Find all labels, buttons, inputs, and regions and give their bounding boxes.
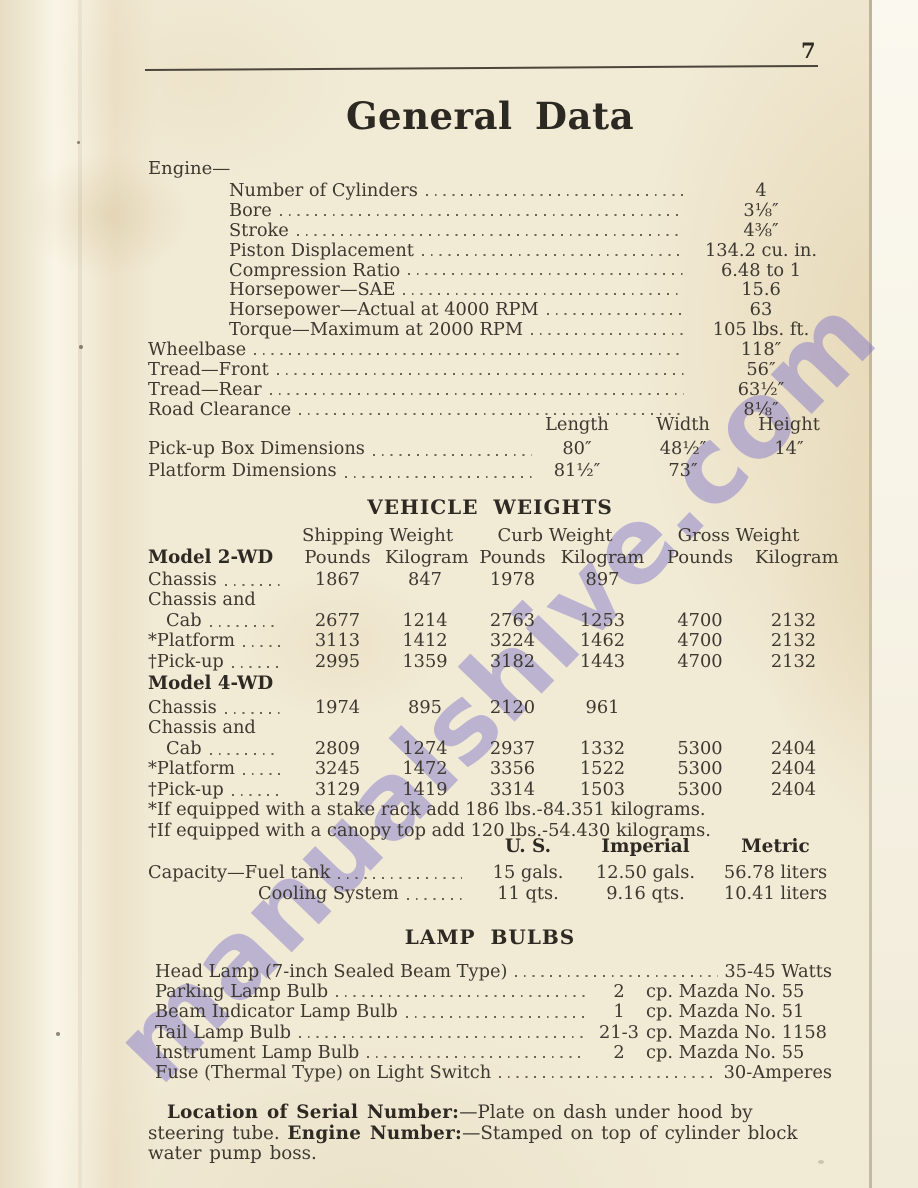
spec-value: 15.6 (690, 279, 832, 300)
weight-value: 3129 (290, 779, 385, 800)
model-4wd-label: Model 4-WD (148, 671, 832, 697)
lamp-label: Parking Lamp Bulb (155, 981, 328, 1002)
capacity-imperial-value: 9.16 qts. (588, 883, 703, 904)
weight-value: 1443 (560, 651, 645, 672)
dotted-leader (254, 353, 684, 355)
lamp-spec: cp. Mazda No. 51 (646, 1001, 832, 1022)
dims-length: 81½″ (538, 460, 616, 482)
weight-value: 1503 (560, 779, 645, 800)
capacity-header-metric: Metric (703, 836, 832, 862)
weights-row: Chassis 1974 895 2120 961 (148, 697, 832, 717)
spec-value: 105 lbs. ft. (690, 319, 832, 340)
weight-value: 3245 (290, 758, 385, 779)
dotted-leader (406, 1016, 586, 1018)
spec-row: Torque—Maximum at 2000 RPM 105 lbs. ft. (148, 319, 832, 339)
spec-value: 134.2 cu. in. (690, 240, 832, 261)
capacity-imperial-value: 12.50 gals. (588, 862, 703, 883)
weights-row: *Platform 3245 1472 3356 1522 5300 2404 (148, 758, 832, 778)
lamp-candlepower: 2 (592, 1042, 646, 1063)
dims-row: Pick-up Box Dimensions 80″ 48½″ 14″ (148, 438, 832, 460)
weight-value: 1412 (385, 630, 465, 651)
group-shipping-weight: Shipping Weight (290, 525, 465, 547)
vehicle-weights-section: VEHICLE WEIGHTS Shipping Weight Curb Wei… (148, 495, 832, 841)
dims-label: Platform Dimensions (148, 460, 337, 481)
dotted-leader (408, 273, 684, 275)
spec-row: Bore 3⅛″ (148, 200, 832, 220)
weight-value: 2995 (290, 651, 385, 672)
weights-row-label: Chassis (148, 697, 217, 718)
weights-row: Chassis and (148, 589, 832, 609)
weight-value: 1419 (385, 779, 465, 800)
chassis-dimensions-section: Wheelbase 118″ Tread—Front 56″ Tread—Rea… (148, 339, 832, 419)
spec-label: Bore (229, 200, 272, 221)
spec-value: 63½″ (690, 379, 832, 400)
weight-value: 1253 (560, 610, 645, 631)
lamp-bulbs-heading: LAMP BULBS (148, 925, 832, 961)
dims-width: 48½″ (616, 438, 726, 460)
weight-value: 2404 (755, 738, 832, 759)
spec-row: Stroke 4⅜″ (148, 220, 832, 240)
spec-value: 6.48 to 1 (690, 260, 832, 281)
weight-value: 3314 (465, 779, 560, 800)
engine-number-label: Engine Number: (288, 1123, 463, 1144)
dims-length: 80″ (538, 438, 616, 460)
lamp-spec: cp. Mazda No. 55 (646, 981, 832, 1002)
engine-heading: Engine— (148, 158, 832, 180)
dotted-leader (232, 794, 280, 796)
group-curb-weight: Curb Weight (465, 525, 645, 547)
lamp-row: Tail Lamp Bulb 21-3 cp. Mazda No. 1158 (148, 1022, 832, 1042)
weights-row-label: †Pick-up (148, 779, 224, 800)
lamp-spec: 30-Amperes (724, 1062, 832, 1083)
spec-row: Horsepower—SAE 15.6 (148, 279, 832, 299)
serial-number-paragraph: Location of Serial Number:—Plate on dash… (148, 1103, 806, 1165)
dotted-leader (426, 194, 684, 196)
dotted-leader (336, 995, 586, 997)
unit-pounds: Pounds (290, 547, 385, 569)
weights-unit-header-row: Model 2-WD Pounds Kilogram Pounds Kilogr… (148, 547, 832, 569)
weight-value: 961 (560, 697, 645, 718)
page-number: 7 (801, 38, 816, 63)
weight-value: 5300 (645, 758, 755, 779)
lamp-candlepower: 1 (592, 1001, 646, 1022)
weight-value: 2404 (755, 779, 832, 800)
dotted-leader (210, 753, 280, 755)
weights-row-label: Chassis and (148, 589, 256, 609)
lamp-candlepower: 21-3 (592, 1022, 646, 1043)
weight-value: 2132 (755, 610, 832, 631)
capacity-header-imperial: Imperial (588, 836, 703, 862)
dims-header-width: Width (616, 414, 726, 438)
vehicle-weights-heading: VEHICLE WEIGHTS (148, 495, 832, 525)
weights-row-label: Chassis (148, 569, 217, 590)
dotted-leader (345, 476, 532, 478)
weight-value: 1214 (385, 610, 465, 631)
dotted-leader (277, 373, 684, 375)
dims-row: Platform Dimensions 81½″ 73″ (148, 460, 832, 482)
weight-value: 2937 (465, 738, 560, 759)
spec-label: Wheelbase (148, 339, 246, 360)
weight-value: 2120 (465, 697, 560, 718)
weight-value: 1359 (385, 651, 465, 672)
dims-height: 14″ (726, 438, 832, 460)
weight-value (755, 569, 832, 590)
weight-value: 2809 (290, 738, 385, 759)
capacity-us-value: 11 qts. (468, 883, 588, 904)
dims-header-height: Height (726, 414, 832, 438)
dotted-leader (403, 293, 684, 295)
capacity-row: Capacity—Fuel tank 15 gals. 12.50 gals. … (148, 862, 832, 883)
model-2wd-label: Model 2-WD (148, 547, 290, 569)
dotted-leader (270, 393, 684, 395)
box-dimensions-table: Length Width Height Pick-up Box Dimensio… (148, 414, 832, 482)
lamp-row: Instrument Lamp Bulb 2 cp. Mazda No. 55 (148, 1042, 832, 1062)
weights-row: Cab 2809 1274 2937 1332 5300 2404 (148, 738, 832, 758)
lamp-row: Parking Lamp Bulb 2 cp. Mazda No. 55 (148, 981, 832, 1001)
weight-value: 3356 (465, 758, 560, 779)
dotted-leader (547, 313, 684, 315)
manual-page: manualshive.com 7 General Data Engine— N… (0, 0, 918, 1188)
weight-value: 1462 (560, 630, 645, 651)
weight-value: 2132 (755, 651, 832, 672)
dims-header-row: Length Width Height (148, 414, 832, 438)
lamp-row: Beam Indicator Lamp Bulb 1 cp. Mazda No.… (148, 1001, 832, 1021)
lamp-spec: 35-45 Watts (724, 961, 832, 982)
weight-value: 1274 (385, 738, 465, 759)
dotted-leader (299, 1036, 586, 1038)
weight-value: 1974 (290, 697, 385, 718)
unit-pounds: Pounds (645, 547, 755, 569)
capacity-metric-value: 10.41 liters (703, 883, 832, 904)
capacity-header-us: U. S. (468, 836, 588, 862)
dotted-leader (531, 333, 684, 335)
dims-label: Pick-up Box Dimensions (148, 438, 365, 459)
lamp-row: Fuse (Thermal Type) on Light Switch 30-A… (148, 1062, 832, 1082)
lamp-label: Head Lamp (7-inch Sealed Beam Type) (155, 961, 507, 982)
dotted-leader (243, 645, 280, 647)
weight-value: 5300 (645, 779, 755, 800)
lamp-row: Head Lamp (7-inch Sealed Beam Type) 35-4… (148, 961, 832, 981)
weight-value: 5300 (645, 738, 755, 759)
spec-label: Horsepower—Actual at 4000 RPM (229, 299, 539, 320)
weight-value: 4700 (645, 610, 755, 631)
weights-group-header-row: Shipping Weight Curb Weight Gross Weight (148, 525, 832, 547)
weights-row: Cab 2677 1214 2763 1253 4700 2132 (148, 610, 832, 630)
lamp-label: Fuse (Thermal Type) on Light Switch (155, 1062, 491, 1083)
dotted-leader (232, 666, 280, 668)
page-title: General Data (148, 94, 832, 138)
lamp-label: Tail Lamp Bulb (155, 1022, 291, 1043)
dotted-leader (297, 234, 684, 236)
dotted-leader (373, 454, 532, 456)
spec-value: 4⅜″ (690, 220, 832, 241)
weights-row: Chassis and (148, 717, 832, 737)
dotted-leader (210, 625, 280, 627)
spec-row: Compression Ratio 6.48 to 1 (148, 260, 832, 280)
weight-value: 2763 (465, 610, 560, 631)
weights-row-label: *Platform (148, 630, 235, 651)
weight-value: 2132 (755, 630, 832, 651)
engine-section: Engine— Number of Cylinders 4 Bore 3⅛″ S… (148, 158, 832, 339)
unit-kilogram: Kilogram (385, 547, 465, 569)
weights-footnote-stake-rack: *If equipped with a stake rack add 186 l… (148, 799, 832, 820)
spec-value: 63 (690, 299, 832, 320)
dims-width: 73″ (616, 460, 726, 482)
weight-value (645, 569, 755, 590)
dotted-leader (407, 898, 462, 900)
spacer (148, 525, 290, 547)
dotted-leader (499, 1076, 717, 1078)
weight-value: 847 (385, 569, 465, 590)
page-content: 7 General Data Engine— Number of Cylinde… (0, 0, 918, 1188)
spec-label: Tread—Rear (148, 379, 262, 400)
dotted-leader (515, 975, 718, 977)
header-rule (145, 65, 818, 71)
dotted-leader (225, 584, 280, 586)
spec-row: Tread—Rear 63½″ (148, 379, 832, 399)
spec-value: 3⅛″ (690, 200, 832, 221)
weight-value: 4700 (645, 651, 755, 672)
spec-value: 4 (690, 180, 832, 201)
weight-value (755, 697, 832, 718)
weight-value: 1978 (465, 569, 560, 590)
weight-value: 1867 (290, 569, 385, 590)
weight-value: 1332 (560, 738, 645, 759)
spec-value: 118″ (690, 339, 832, 360)
weights-row-label: *Platform (148, 758, 235, 779)
capacity-label: Capacity—Fuel tank (148, 862, 330, 883)
weight-value: 1522 (560, 758, 645, 779)
unit-kilogram: Kilogram (560, 547, 645, 569)
unit-kilogram: Kilogram (755, 547, 832, 569)
capacity-metric-value: 56.78 liters (703, 862, 832, 883)
lamp-spec: cp. Mazda No. 1158 (646, 1022, 832, 1043)
weight-value: 895 (385, 697, 465, 718)
spec-label: Number of Cylinders (229, 180, 418, 201)
capacity-section: U. S. Imperial Metric Capacity—Fuel tank… (148, 836, 832, 904)
weights-row-label: Chassis and (148, 717, 256, 737)
spacer (148, 414, 538, 438)
spec-row: Tread—Front 56″ (148, 359, 832, 379)
spec-label: Horsepower—SAE (229, 279, 395, 300)
spec-value: 56″ (690, 359, 832, 380)
weight-value: 3182 (465, 651, 560, 672)
lamp-bulbs-section: LAMP BULBS Head Lamp (7-inch Sealed Beam… (148, 925, 832, 1082)
capacity-label: Cooling System (258, 883, 399, 904)
unit-pounds: Pounds (465, 547, 560, 569)
capacity-header-row: U. S. Imperial Metric (148, 836, 832, 862)
weights-row-label: †Pick-up (148, 651, 224, 672)
dotted-leader (338, 877, 462, 879)
weights-row: †Pick-up 3129 1419 3314 1503 5300 2404 (148, 779, 832, 799)
capacity-us-value: 15 gals. (468, 862, 588, 883)
weight-value: 2677 (290, 610, 385, 631)
spec-label: Tread—Front (148, 359, 269, 380)
spacer (148, 836, 468, 862)
weight-value: 1472 (385, 758, 465, 779)
spec-row: Piston Displacement 134.2 cu. in. (148, 240, 832, 260)
spec-label: Compression Ratio (229, 260, 400, 281)
weights-row: †Pick-up 2995 1359 3182 1443 4700 2132 (148, 651, 832, 671)
dims-header-length: Length (538, 414, 616, 438)
capacity-row: Cooling System 11 qts. 9.16 qts. 10.41 l… (148, 883, 832, 904)
spec-label: Piston Displacement (229, 240, 414, 261)
serial-location-label: Location of Serial Number: (167, 1102, 459, 1123)
spec-label: Torque—Maximum at 2000 RPM (229, 319, 523, 340)
dims-label-cell: Platform Dimensions (148, 460, 538, 482)
spec-row: Horsepower—Actual at 4000 RPM 63 (148, 299, 832, 319)
weights-row: *Platform 3113 1412 3224 1462 4700 2132 (148, 630, 832, 650)
weight-value: 2404 (755, 758, 832, 779)
dotted-leader (225, 712, 280, 714)
weights-row-label: Cab (166, 610, 202, 631)
dotted-leader (367, 1056, 586, 1058)
weight-value (645, 697, 755, 718)
dotted-leader (422, 254, 684, 256)
dims-height (726, 460, 832, 482)
spec-label: Stroke (229, 220, 289, 241)
weights-row: Chassis 1867 847 1978 897 (148, 569, 832, 589)
spec-row: Wheelbase 118″ (148, 339, 832, 359)
group-gross-weight: Gross Weight (645, 525, 832, 547)
weights-row-label: Cab (166, 738, 202, 759)
dotted-leader (280, 214, 684, 216)
lamp-label: Instrument Lamp Bulb (155, 1042, 359, 1063)
weight-value: 3224 (465, 630, 560, 651)
dims-label-cell: Pick-up Box Dimensions (148, 438, 538, 460)
dotted-leader (243, 773, 280, 775)
weight-value: 3113 (290, 630, 385, 651)
weight-value: 897 (560, 569, 645, 590)
lamp-candlepower: 2 (592, 981, 646, 1002)
spec-row: Number of Cylinders 4 (148, 180, 832, 200)
lamp-spec: cp. Mazda No. 55 (646, 1042, 832, 1063)
lamp-label: Beam Indicator Lamp Bulb (155, 1001, 398, 1022)
weight-value: 4700 (645, 630, 755, 651)
